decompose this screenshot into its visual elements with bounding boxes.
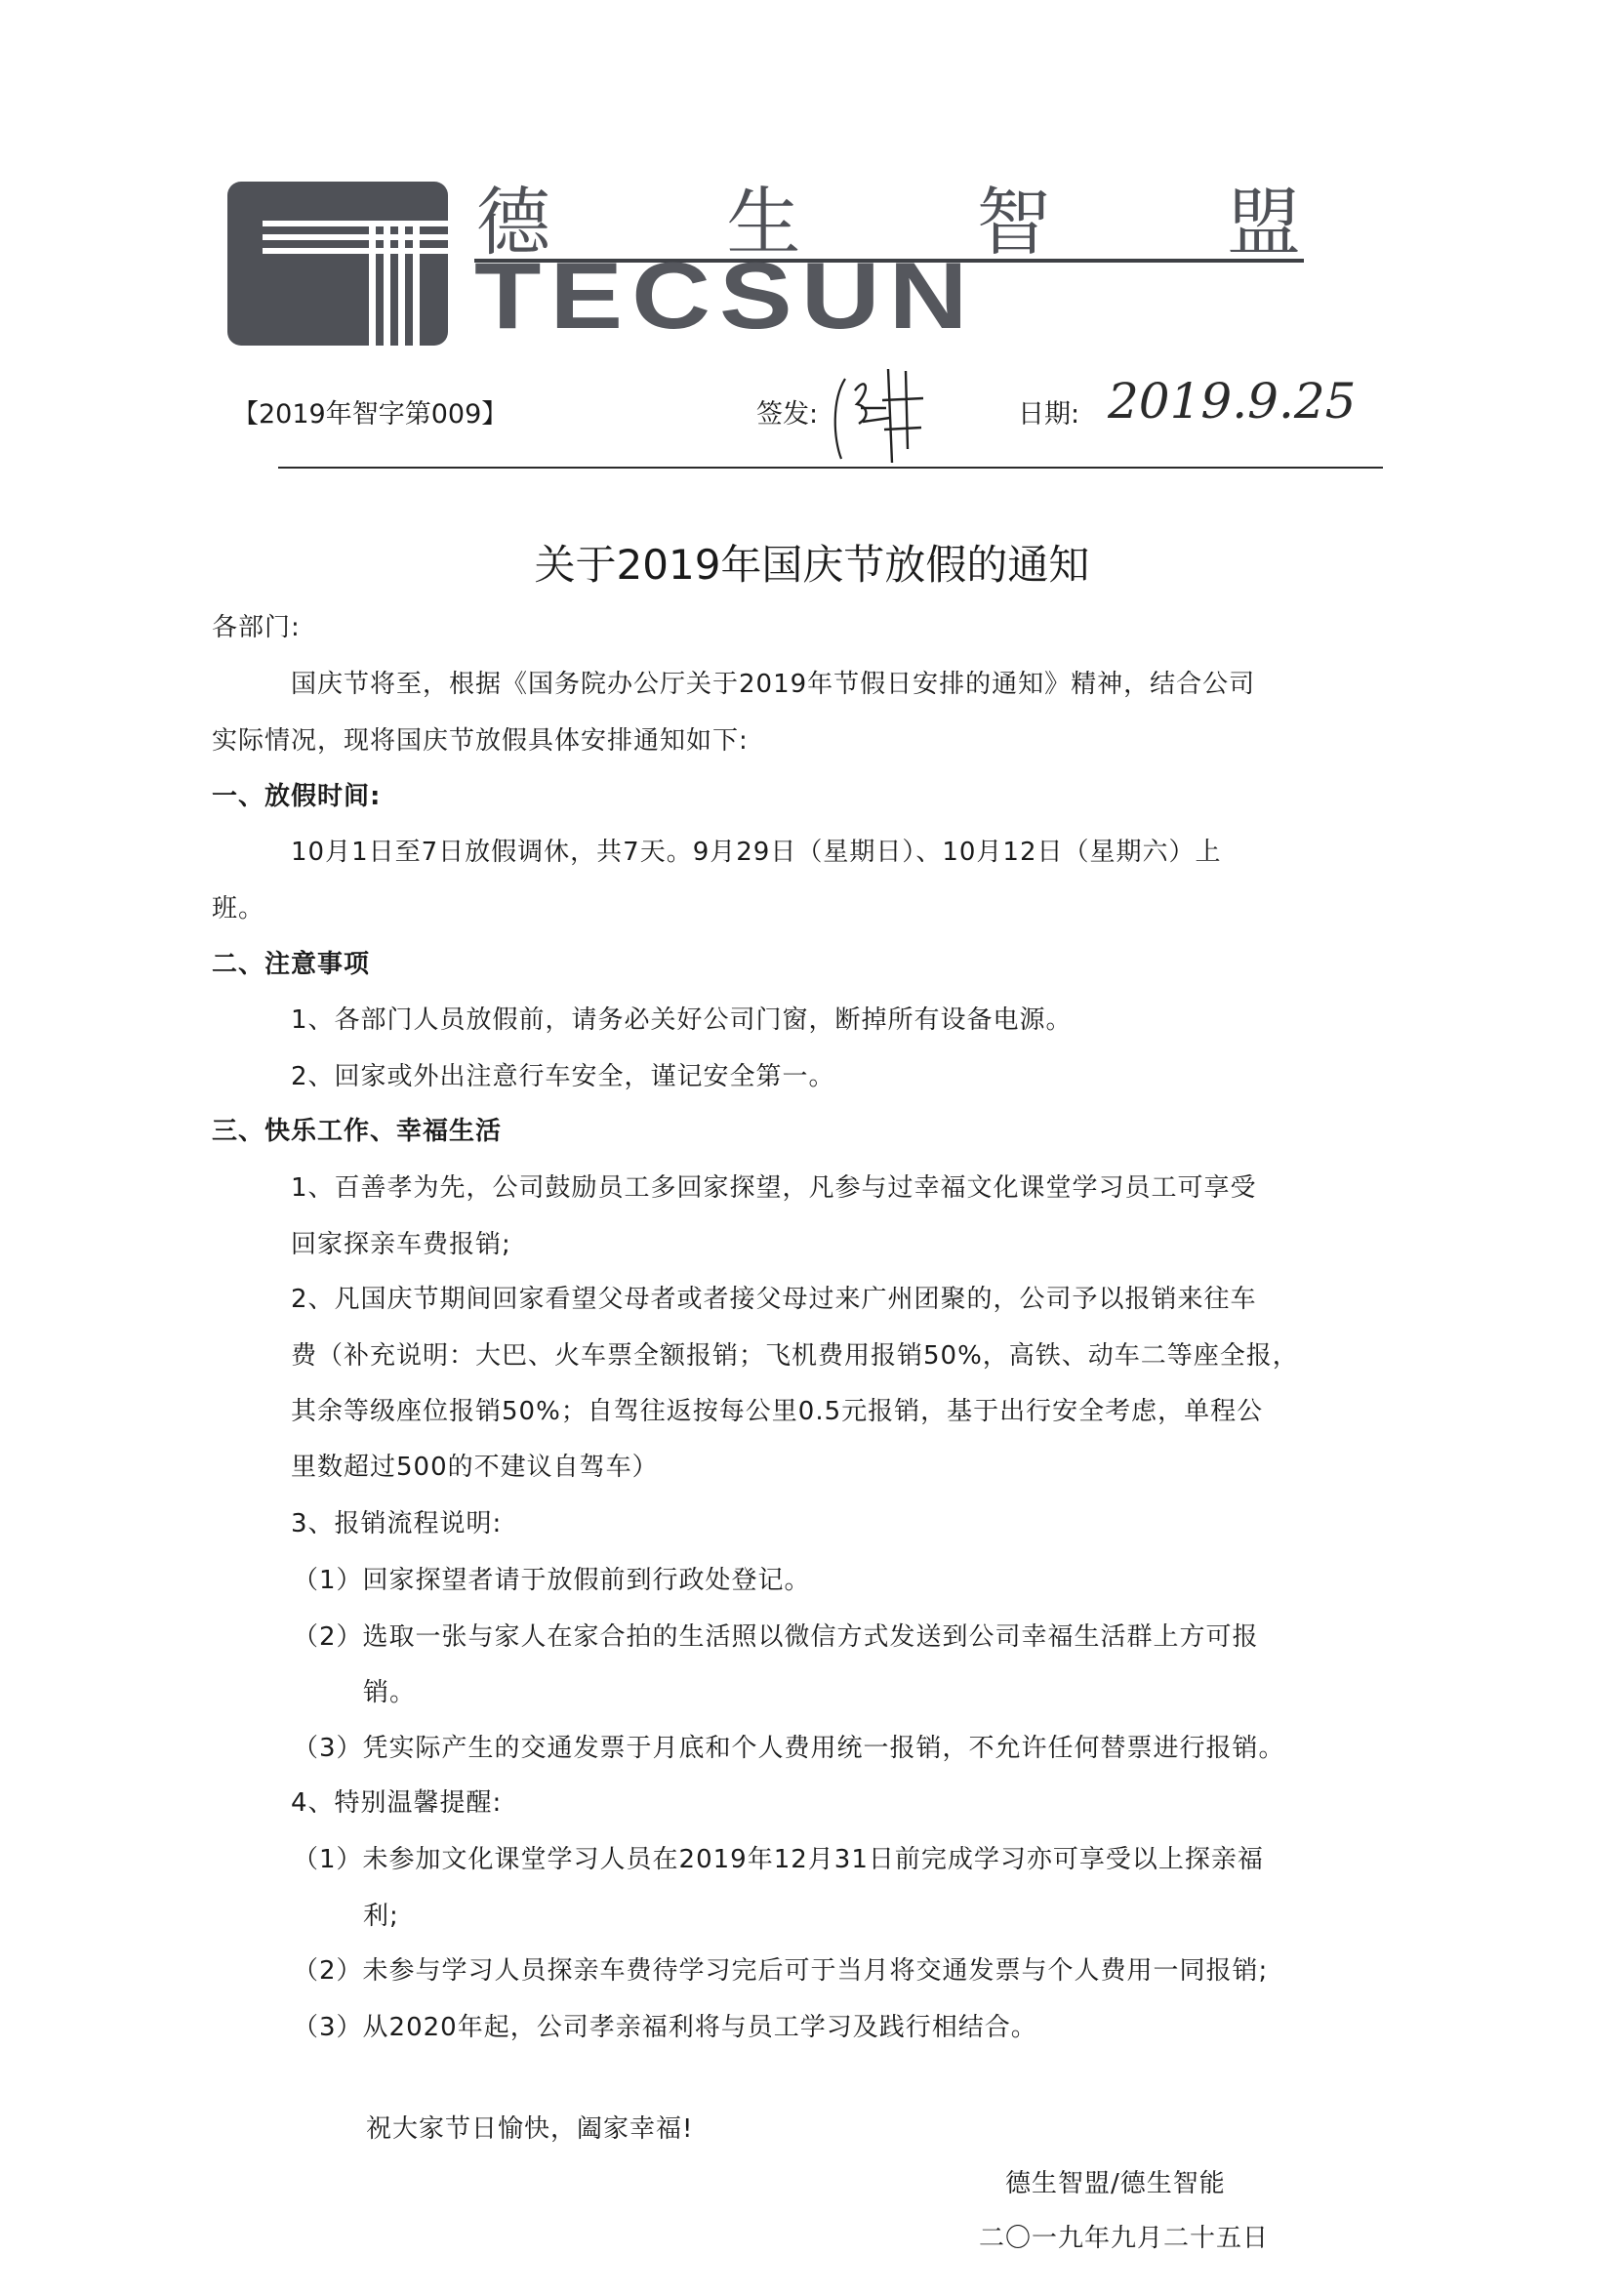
sub-item: （1）未参加文化课堂学习人员在2019年12月31日前完成学习亦可享受以上探亲福: [293, 1839, 1264, 1875]
list-item: 1、各部门人员放假前，请务必关好公司门窗，断掉所有设备电源。: [291, 1000, 1073, 1036]
signature-date: 二〇一九年九月二十五日: [979, 2218, 1269, 2254]
handwritten-signature: [828, 361, 954, 469]
sub-item: 利;: [363, 1896, 399, 1932]
section-text: 班。: [212, 888, 264, 924]
sub-item: （3）凭实际产生的交通发票于月底和个人费用统一报销，不允许任何替票进行报销。: [293, 1728, 1285, 1764]
handwritten-date: 2019.9.25: [1108, 373, 1356, 430]
list-item: 2、回家或外出注意行车安全，谨记安全第一。: [291, 1056, 835, 1092]
document-number: 【2019年智字第009】: [232, 392, 507, 430]
intro-line: 国庆节将至，根据《国务院办公厅关于2019年节假日安排的通知》精神，结合公司: [291, 664, 1255, 700]
list-item: 里数超过500的不建议自驾车）: [291, 1447, 659, 1483]
date-label: 日期:: [1018, 392, 1079, 430]
closing-wish: 祝大家节日愉快，阖家幸福!: [366, 2109, 693, 2145]
intro-line: 实际情况，现将国庆节放假具体安排通知如下:: [212, 720, 749, 757]
section-heading: 一、放假时间:: [212, 776, 381, 812]
salutation: 各部门:: [212, 607, 301, 643]
sub-item: （1）回家探望者请于放假前到行政处登记。: [293, 1560, 811, 1596]
tecsun-grid-logo-icon: [227, 182, 448, 346]
sub-item: 销。: [363, 1672, 416, 1708]
brand-char: 盟: [1227, 163, 1301, 269]
issuer-label: 签发:: [756, 392, 818, 430]
list-item: 1、百善孝为先，公司鼓励员工多回家探望，凡参与过幸福文化课堂学习员工可享受: [291, 1168, 1257, 1204]
brand-name-english: TECSUN: [474, 256, 1304, 337]
section-heading: 三、快乐工作、幸福生活: [212, 1111, 502, 1147]
list-item: 其余等级座位报销50%；自驾往返按每公里0.5元报销，基于出行安全考虑，单程公: [291, 1391, 1263, 1427]
list-item: 2、凡国庆节期间回家看望父母者或者接父母过来广州团聚的，公司予以报销来往车: [291, 1279, 1257, 1315]
sub-item: （2）选取一张与家人在家合拍的生活照以微信方式发送到公司幸福生活群上方可报: [293, 1617, 1259, 1653]
section-heading: 二、注意事项: [212, 944, 370, 980]
sub-item: （2）未参与学习人员探亲车费待学习完后可于当月将交通发票与个人费用一同报销;: [293, 1950, 1268, 1987]
signature-org: 德生智盟/德生智能: [1005, 2163, 1226, 2199]
list-item: 回家探亲车费报销;: [291, 1224, 511, 1260]
section-text: 10月1日至7日放假调休，共7天。9月29日（星期日）、10月12日（星期六）上: [291, 832, 1222, 868]
brand-char: 智: [977, 163, 1051, 269]
sub-item: （3）从2020年起，公司孝亲福利将与员工学习及践行相结合。: [293, 2007, 1037, 2043]
list-item: 4、特别温馨提醒:: [291, 1783, 502, 1819]
document-title: 关于2019年国庆节放假的通知: [0, 533, 1624, 592]
list-item: 费（补充说明：大巴、火车票全额报销；飞机费用报销50%，高铁、动车二等座全报，: [291, 1335, 1299, 1372]
header-divider: [278, 467, 1383, 469]
list-item: 3、报销流程说明:: [291, 1503, 502, 1539]
